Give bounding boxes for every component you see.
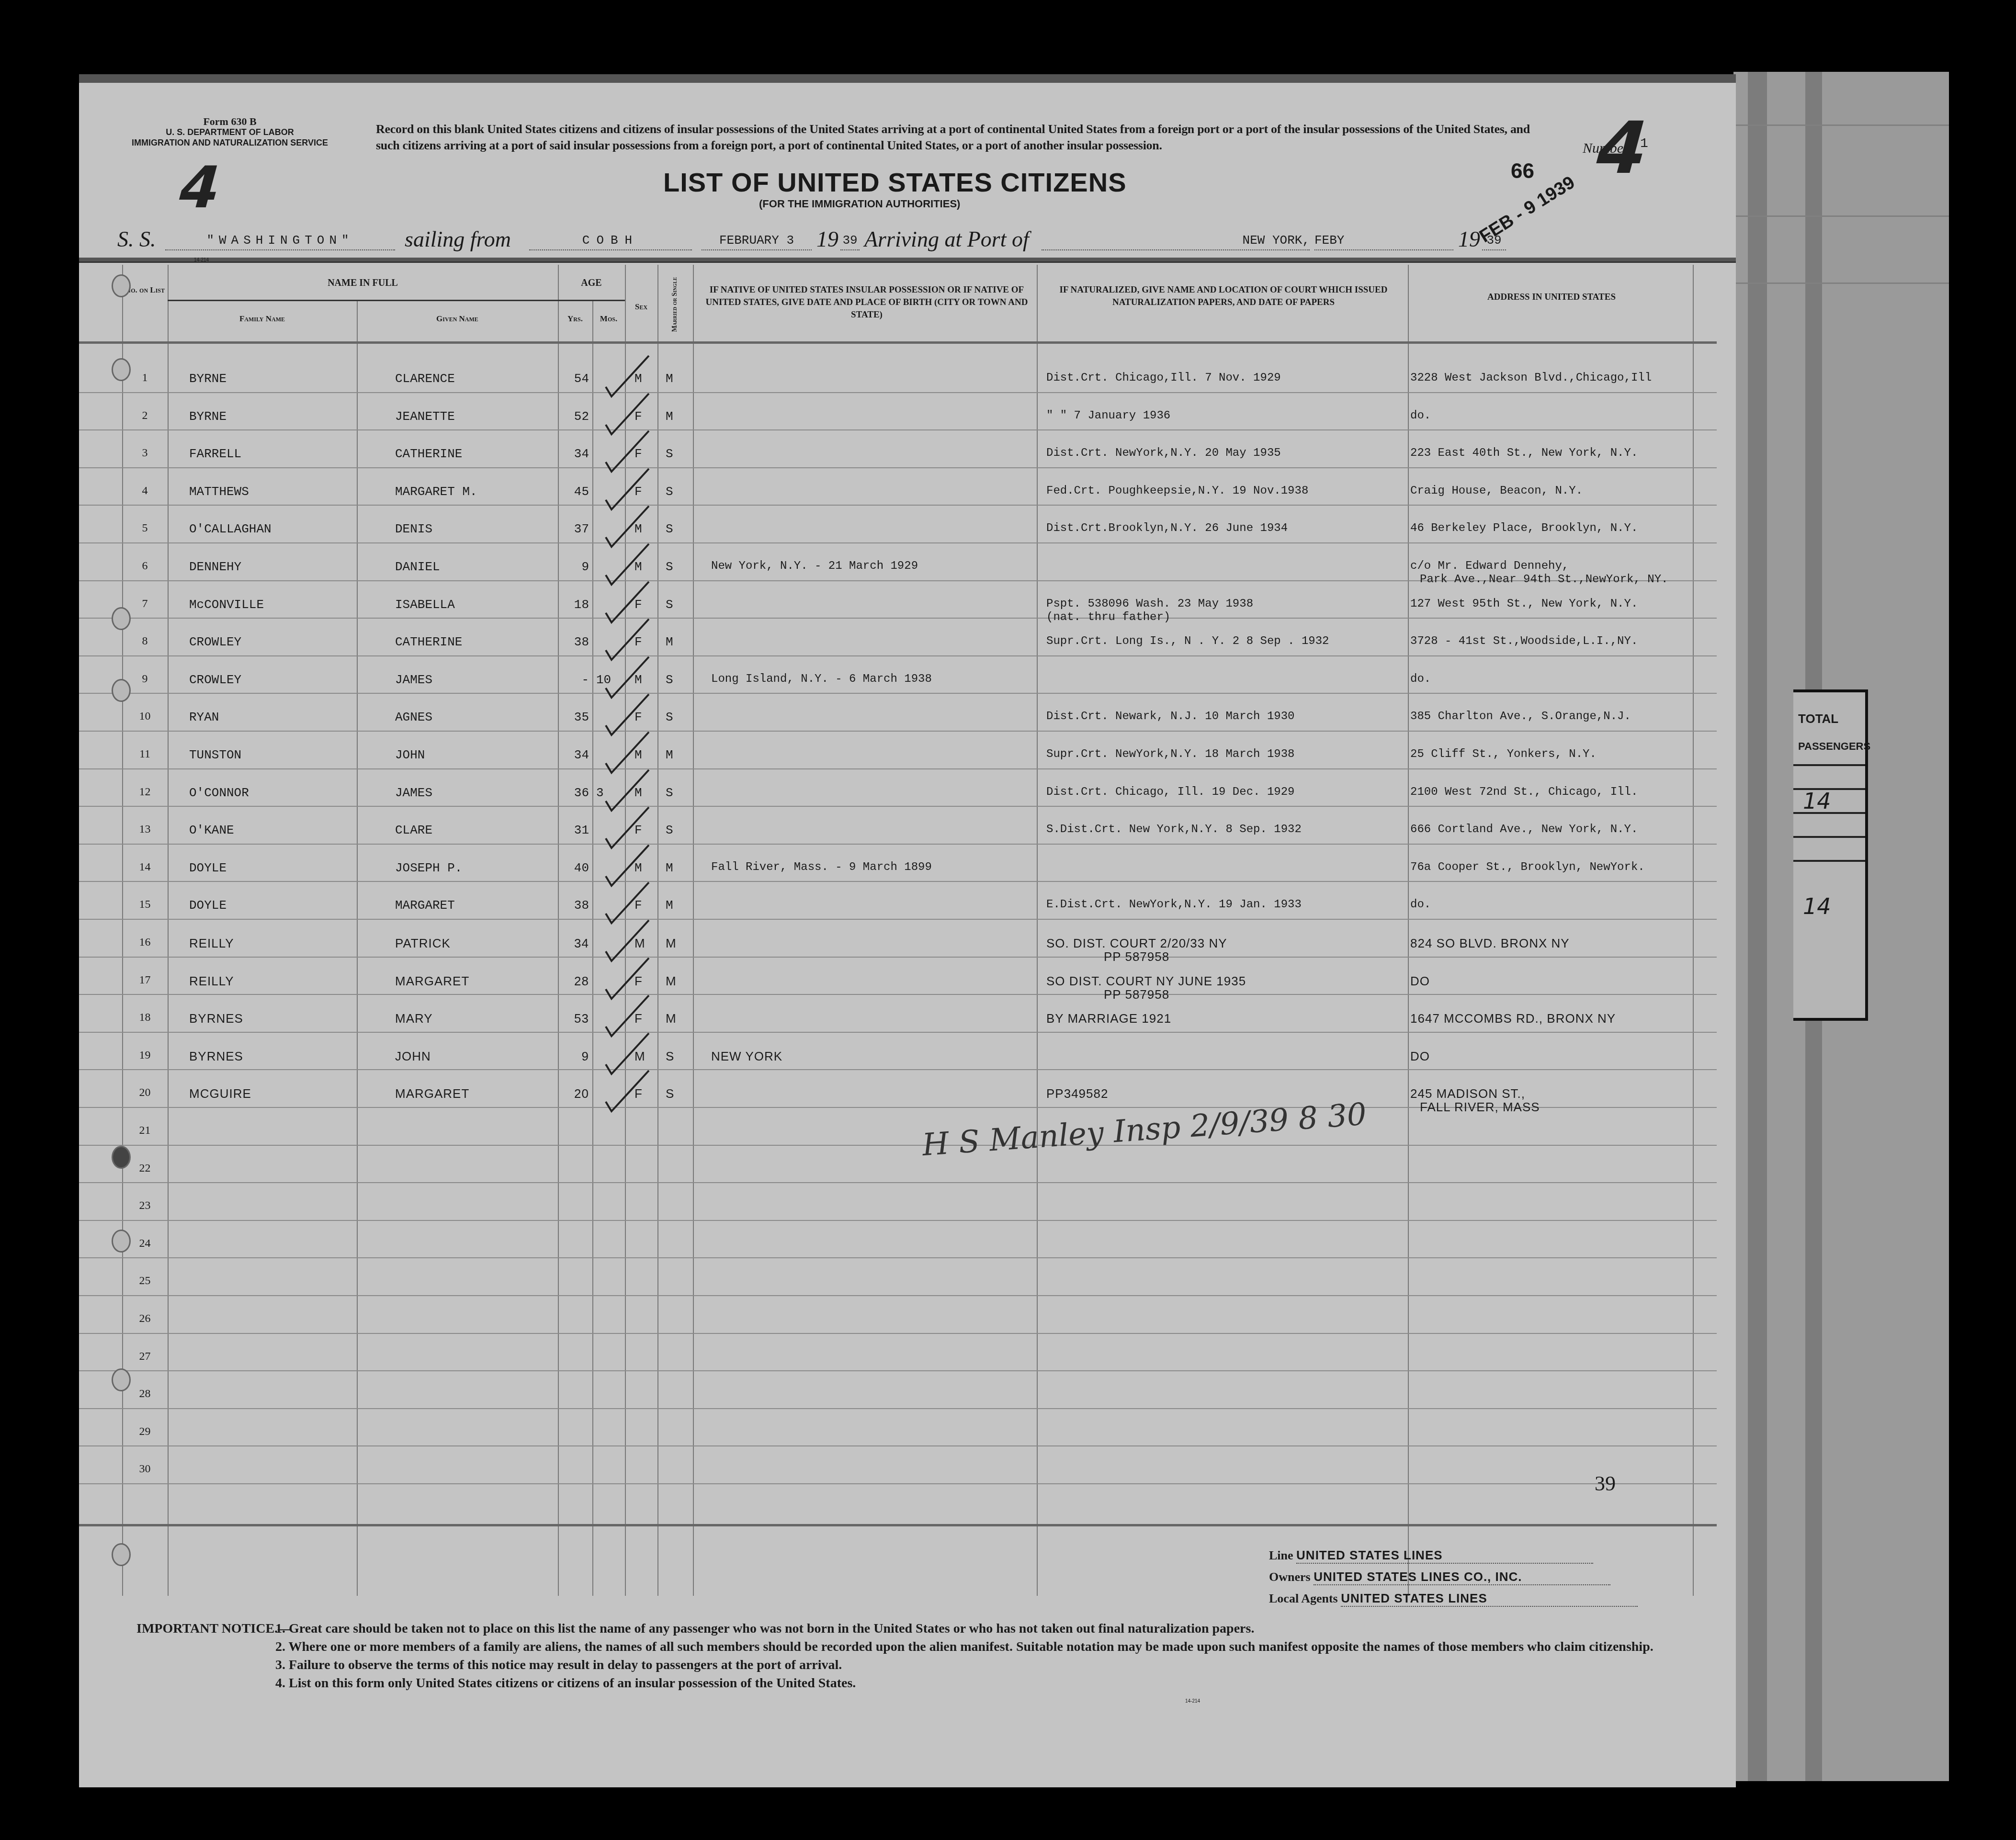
table-bottom-rule xyxy=(79,1524,1717,1526)
binder-hole xyxy=(112,607,131,630)
checkmark-icon xyxy=(601,429,634,462)
age-years: 45 xyxy=(563,485,589,499)
marital-status: M xyxy=(666,974,677,989)
marital-status: S xyxy=(666,786,673,800)
owners-value: UNITED STATES LINES CO., INC. xyxy=(1314,1569,1610,1585)
notice-item-2: 2. Where one or more members of a family… xyxy=(136,1638,1741,1656)
marital-status: M xyxy=(666,861,673,875)
address: do. xyxy=(1410,409,1431,422)
family-name: O'KANE xyxy=(189,823,234,837)
marital-status: M xyxy=(666,409,673,424)
row-number: 5 xyxy=(122,522,168,535)
checkmark-icon xyxy=(601,542,634,575)
row-number: 3 xyxy=(122,447,168,460)
marital-status: S xyxy=(666,560,673,574)
age-years: 34 xyxy=(563,748,589,762)
marital-status: S xyxy=(666,673,673,687)
naturalization-court: PP349582 xyxy=(1046,1086,1108,1101)
given-name: CLARENCE xyxy=(395,372,455,386)
marital-status: M xyxy=(666,936,677,951)
row-divider xyxy=(79,1483,1717,1484)
family-name: MATTHEWS xyxy=(189,485,249,499)
naturalization-court: Dist.Crt. Newark, N.J. 10 March 1930 xyxy=(1046,710,1294,723)
important-notice: IMPORTANT NOTICE.— 1. Great care should … xyxy=(136,1620,1741,1693)
address: 76a Cooper St., Brooklyn, NewYork. xyxy=(1410,861,1645,874)
binder-hole xyxy=(112,358,131,381)
page-number: 39 xyxy=(1595,1471,1616,1496)
checkmark-icon xyxy=(601,504,634,537)
age-years: 20 xyxy=(563,1086,589,1101)
row-divider xyxy=(79,1145,1717,1146)
row-divider xyxy=(79,1182,1717,1183)
checkmark-icon xyxy=(601,880,634,914)
naturalization-court: Dist.Crt.Brooklyn,N.Y. 26 June 1934 xyxy=(1046,522,1288,535)
naturalization-court: Supr.Crt. Long Is., N . Y. 2 8 Sep . 193… xyxy=(1046,635,1329,648)
given-name: MARGARET xyxy=(395,898,455,913)
row-divider xyxy=(79,618,1717,619)
age-years: 52 xyxy=(563,409,589,424)
row-number: 4 xyxy=(122,485,168,497)
given-name: AGNES xyxy=(395,710,432,724)
footer-printer-mark: 14-214 xyxy=(1185,1699,1200,1704)
given-name: DENIS xyxy=(395,522,432,536)
address: 2100 West 72nd St., Chicago, Ill. xyxy=(1410,786,1638,799)
age-years: 54 xyxy=(563,372,589,386)
row-number: 14 xyxy=(122,861,168,874)
address: 245 MADISON ST., xyxy=(1410,1086,1525,1101)
row-number: 15 xyxy=(122,898,168,911)
row-divider xyxy=(79,467,1717,468)
row-divider xyxy=(79,655,1717,656)
age-years: 9 xyxy=(563,560,589,574)
given-name: CLARE xyxy=(395,823,432,837)
address-line-2: FALL RIVER, MASS xyxy=(1420,1100,1540,1115)
row-number: 12 xyxy=(122,786,168,799)
marital-status: S xyxy=(666,1086,674,1101)
totals-box: TOTAL PASSENGERS 14 14 xyxy=(1793,689,1868,1021)
family-name: DOYLE xyxy=(189,861,227,875)
family-name: CROWLEY xyxy=(189,635,241,649)
naturalization-court: E.Dist.Crt. NewYork,N.Y. 19 Jan. 1933 xyxy=(1046,898,1302,911)
row-divider xyxy=(79,1445,1717,1446)
naturalization-court: S.Dist.Crt. New York,N.Y. 8 Sep. 1932 xyxy=(1046,823,1302,836)
naturalization-court: Dist.Crt. Chicago, Ill. 19 Dec. 1929 xyxy=(1046,786,1294,799)
col-given-name: Given Name xyxy=(357,313,558,325)
row-number: 10 xyxy=(122,710,168,723)
marital-status: S xyxy=(666,447,673,461)
row-divider xyxy=(79,1408,1717,1409)
row-number: 18 xyxy=(122,1011,168,1024)
checkmark-icon xyxy=(601,579,634,613)
given-name: JAMES xyxy=(395,673,432,687)
checkmark-icon xyxy=(601,692,634,725)
row-number: 23 xyxy=(122,1199,168,1212)
checkmark-icon xyxy=(601,617,634,650)
row-divider xyxy=(79,844,1717,845)
family-name: FARRELL xyxy=(189,447,241,461)
row-divider xyxy=(79,429,1717,430)
naturalization-detail: (nat. thru father) xyxy=(1046,611,1170,624)
family-name: BYRNES xyxy=(189,1049,243,1064)
row-divider xyxy=(79,994,1717,995)
age-years: 37 xyxy=(563,522,589,536)
age-years: 34 xyxy=(563,936,589,951)
marital-status: S xyxy=(666,485,673,499)
row-divider xyxy=(79,1069,1717,1070)
notice-item-3: 3. Failure to observe the terms of this … xyxy=(136,1656,1741,1674)
manifest-page: Form 630 B U. S. DEPARTMENT OF LABOR IMM… xyxy=(79,74,1736,1787)
marital-status: S xyxy=(666,522,673,536)
given-name: JAMES xyxy=(395,786,432,800)
line-value: UNITED STATES LINES xyxy=(1296,1548,1593,1564)
checkmark-icon xyxy=(601,1031,634,1064)
naturalization-court: Pspt. 538096 Wash. 23 May 1938 xyxy=(1046,598,1253,610)
address: DO xyxy=(1410,1049,1430,1064)
family-name: RYAN xyxy=(189,710,219,724)
row-number: 8 xyxy=(122,635,168,648)
agents-label: Local Agents xyxy=(1269,1592,1338,1605)
row-divider xyxy=(79,1032,1717,1033)
row-number: 16 xyxy=(122,936,168,949)
given-name: JOHN xyxy=(395,748,425,762)
checkmark-icon xyxy=(601,768,634,801)
row-divider xyxy=(79,731,1717,732)
family-name: BYRNES xyxy=(189,1011,243,1026)
naturalization-detail: PP 587958 xyxy=(1104,987,1169,1002)
col-birth: IF NATIVE OF UNITED STATES INSULAR POSSE… xyxy=(702,284,1032,321)
totals-label: TOTAL xyxy=(1798,711,1838,726)
row-number: 27 xyxy=(122,1350,168,1363)
row-divider xyxy=(79,881,1717,882)
checkmark-icon xyxy=(601,353,634,387)
naturalization-court: Supr.Crt. NewYork,N.Y. 18 March 1938 xyxy=(1046,748,1294,761)
agents-field: Local Agents UNITED STATES LINES xyxy=(1269,1591,1738,1607)
age-years: 34 xyxy=(563,447,589,461)
row-number: 13 xyxy=(122,823,168,836)
address: do. xyxy=(1410,898,1431,911)
address: 46 Berkeley Place, Brooklyn, N.Y. xyxy=(1410,522,1638,535)
row-number: 28 xyxy=(122,1388,168,1400)
checkmark-icon xyxy=(601,391,634,425)
given-name: CATHERINE xyxy=(395,447,462,461)
family-name: BYRNE xyxy=(189,409,227,424)
given-name: MARGARET M. xyxy=(395,485,477,499)
binder-hole xyxy=(112,1146,131,1169)
row-divider xyxy=(79,1370,1717,1371)
row-number: 17 xyxy=(122,974,168,987)
row-number: 21 xyxy=(122,1124,168,1137)
age-years: 9 xyxy=(563,1049,589,1064)
naturalization-court: Fed.Crt. Poughkeepsie,N.Y. 19 Nov.1938 xyxy=(1046,485,1308,497)
naturalization-court: BY MARRIAGE 1921 xyxy=(1046,1011,1171,1026)
naturalization-court: SO. DIST. COURT 2/20/33 NY xyxy=(1046,936,1227,951)
age-years: 53 xyxy=(563,1011,589,1026)
row-divider xyxy=(79,505,1717,506)
marital-status: S xyxy=(666,598,673,612)
age-years: 36 xyxy=(563,786,589,800)
owners-field: Owners UNITED STATES LINES CO., INC. xyxy=(1269,1569,1738,1585)
age-years: - xyxy=(563,673,589,687)
binder-hole xyxy=(112,1230,131,1253)
family-name: BYRNE xyxy=(189,372,227,386)
age-years: 38 xyxy=(563,898,589,913)
checkmark-icon xyxy=(601,730,634,763)
binder-hole xyxy=(112,679,131,702)
family-name: McCONVILLE xyxy=(189,598,264,612)
marital-status: M xyxy=(666,635,673,649)
address-line-2: Park Ave.,Near 94th St.,NewYork, NY. xyxy=(1420,573,1668,586)
address: 1647 MCCOMBS RD., BRONX NY xyxy=(1410,1011,1616,1026)
naturalization-detail: PP 587958 xyxy=(1104,949,1169,964)
agents-value: UNITED STATES LINES xyxy=(1341,1591,1638,1607)
given-name: MARGARET xyxy=(395,974,469,989)
marital-status: M xyxy=(666,372,673,386)
family-name: DENNEHY xyxy=(189,560,241,574)
given-name: ISABELLA xyxy=(395,598,455,612)
checkmark-icon xyxy=(601,1068,634,1102)
totals-value-2: 14 xyxy=(1803,893,1831,919)
given-name: DANIEL xyxy=(395,560,440,574)
passenger-table: No. on List NAME IN FULL Family Name Giv… xyxy=(79,83,1736,1787)
address: do. xyxy=(1410,673,1431,686)
family-name: TUNSTON xyxy=(189,748,241,762)
row-divider xyxy=(79,806,1717,807)
marital-status: S xyxy=(666,710,673,724)
row-divider xyxy=(79,1257,1717,1258)
given-name: CATHERINE xyxy=(395,635,462,649)
marital-status: M xyxy=(666,748,673,762)
notice-item-1: 1. Great care should be taken not to pla… xyxy=(136,1620,1741,1638)
col-age-yrs: Yrs. xyxy=(558,313,592,325)
given-name: JOSEPH P. xyxy=(395,861,462,875)
row-number: 20 xyxy=(122,1086,168,1099)
row-divider xyxy=(79,542,1717,543)
family-name: CROWLEY xyxy=(189,673,241,687)
binder-hole xyxy=(112,1368,131,1391)
col-married-or-single: Married or Single xyxy=(669,269,681,340)
checkmark-icon xyxy=(601,993,634,1027)
row-divider xyxy=(79,1333,1717,1334)
col-family-name: Family Name xyxy=(168,313,357,325)
checkmark-icon xyxy=(601,956,634,989)
given-name: JOHN xyxy=(395,1049,431,1064)
marital-status: M xyxy=(666,898,673,913)
row-divider xyxy=(79,392,1717,393)
given-name: MARGARET xyxy=(395,1086,469,1101)
family-name: O'CALLAGHAN xyxy=(189,522,272,536)
col-sex: Sex xyxy=(625,301,657,313)
row-number: 29 xyxy=(122,1425,168,1438)
checkmark-icon xyxy=(601,655,634,688)
notice-lead: IMPORTANT NOTICE.— xyxy=(136,1620,291,1638)
address: 3728 - 41st St.,Woodside,L.I.,NY. xyxy=(1410,635,1638,648)
checkmark-icon xyxy=(601,466,634,500)
age-years: 35 xyxy=(563,710,589,724)
row-number: 7 xyxy=(122,598,168,610)
notice-item-4: 4. List on this form only United States … xyxy=(136,1674,1741,1693)
col-age-mos: Mos. xyxy=(592,313,625,325)
age-years: 40 xyxy=(563,861,589,875)
row-divider xyxy=(79,957,1717,958)
row-divider xyxy=(79,919,1717,920)
marital-status: S xyxy=(666,1049,674,1064)
row-divider xyxy=(79,693,1717,694)
col-address: ADDRESS IN UNITED STATES xyxy=(1410,291,1693,304)
age-years: 18 xyxy=(563,598,589,612)
naturalization-court: " " 7 January 1936 xyxy=(1046,409,1170,422)
owners-label: Owners xyxy=(1269,1570,1311,1584)
address: c/o Mr. Edward Dennehy, xyxy=(1410,560,1569,573)
row-divider xyxy=(79,768,1717,769)
row-number: 6 xyxy=(122,560,168,573)
age-years: 38 xyxy=(563,635,589,649)
birth-place-date: New York, N.Y. - 21 March 1929 xyxy=(711,560,918,573)
age-years: 31 xyxy=(563,823,589,837)
address: 223 East 40th St., New York, N.Y. xyxy=(1410,447,1638,460)
address: 3228 West Jackson Blvd.,Chicago,Ill xyxy=(1410,372,1652,384)
address: 25 Cliff St., Yonkers, N.Y. xyxy=(1410,748,1597,761)
given-name: PATRICK xyxy=(395,936,451,951)
line-field: Line UNITED STATES LINES xyxy=(1269,1548,1738,1564)
address: 666 Cortland Ave., New York, N.Y. xyxy=(1410,823,1638,836)
totals-label-2: PASSENGERS xyxy=(1798,740,1870,753)
age-years: 28 xyxy=(563,974,589,989)
address: DO xyxy=(1410,974,1430,989)
birth-place-date: Fall River, Mass. - 9 March 1899 xyxy=(711,861,932,874)
address: Craig House, Beacon, N.Y. xyxy=(1410,485,1583,497)
family-name: O'CONNOR xyxy=(189,786,249,800)
given-name: MARY xyxy=(395,1011,433,1026)
row-number: 2 xyxy=(122,409,168,422)
naturalization-court: Dist.Crt. NewYork,N.Y. 20 May 1935 xyxy=(1046,447,1281,460)
address: 824 SO BLVD. BRONX NY xyxy=(1410,936,1570,951)
birth-place-date: NEW YORK xyxy=(711,1049,782,1064)
marital-status: M xyxy=(666,1011,677,1026)
col-naturalized: IF NATURALIZED, GIVE NAME AND LOCATION O… xyxy=(1046,284,1401,309)
binder-hole xyxy=(112,1543,131,1566)
family-name: REILLY xyxy=(189,974,234,989)
birth-place-date: Long Island, N.Y. - 6 March 1938 xyxy=(711,673,932,686)
col-name-in-full: NAME IN FULL xyxy=(168,277,558,289)
binder-hole xyxy=(112,274,131,297)
row-number: 19 xyxy=(122,1049,168,1062)
row-divider xyxy=(79,1295,1717,1296)
checkmark-icon xyxy=(601,805,634,838)
totals-value-1: 14 xyxy=(1803,788,1831,814)
row-number: 30 xyxy=(122,1463,168,1476)
row-divider xyxy=(79,1220,1717,1221)
family-name: DOYLE xyxy=(189,898,227,913)
checkmark-icon xyxy=(601,843,634,876)
family-name: MCGUIRE xyxy=(189,1086,251,1101)
family-name: REILLY xyxy=(189,936,234,951)
row-number: 26 xyxy=(122,1312,168,1325)
address: 385 Charlton Ave., S.Orange,N.J. xyxy=(1410,710,1631,723)
line-label: Line xyxy=(1269,1548,1293,1562)
naturalization-court: SO DIST. COURT NY JUNE 1935 xyxy=(1046,974,1246,989)
row-number: 11 xyxy=(122,748,168,761)
given-name: JEANETTE xyxy=(395,409,455,424)
checkmark-icon xyxy=(601,918,634,951)
marital-status: S xyxy=(666,823,673,837)
col-age: AGE xyxy=(558,277,625,289)
row-number: 25 xyxy=(122,1275,168,1287)
naturalization-court: Dist.Crt. Chicago,Ill. 7 Nov. 1929 xyxy=(1046,372,1281,384)
address: 127 West 95th St., New York, N.Y. xyxy=(1410,598,1638,610)
